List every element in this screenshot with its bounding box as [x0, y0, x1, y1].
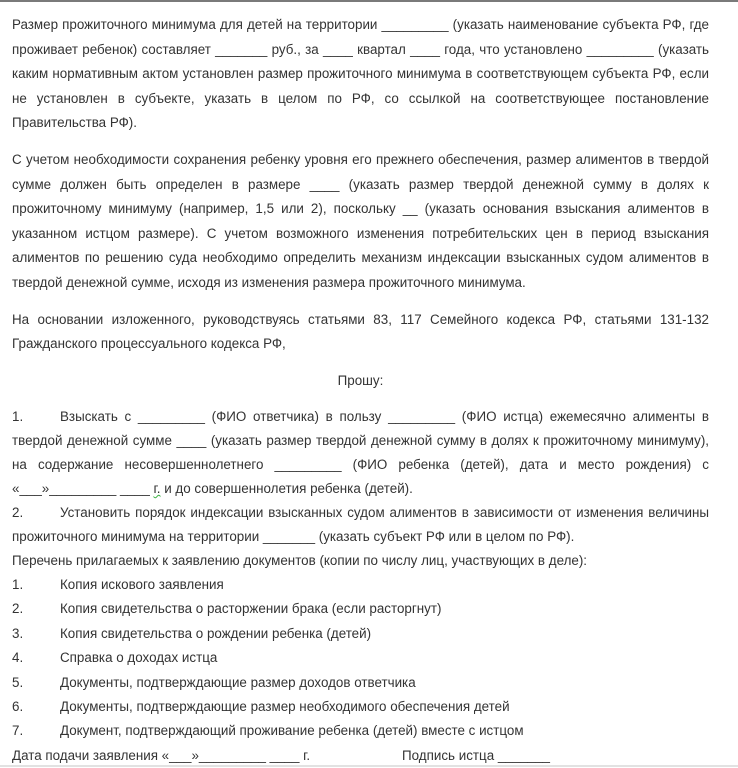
request-heading: Прошу:: [12, 369, 709, 393]
attachment-text: Копия искового заявления: [60, 573, 224, 597]
attachment-item: 3.Копия свидетельства о рождении ребенка…: [12, 622, 709, 646]
attachment-number: 3.: [12, 622, 60, 646]
request-text: Установить порядок индексации взысканных…: [12, 505, 709, 544]
attachment-item: 4.Справка о доходах истца: [12, 646, 709, 670]
attachments-list: 1.Копия искового заявления2.Копия свидет…: [12, 573, 709, 744]
attachment-text: Документы, подтверждающие размер необход…: [60, 695, 510, 719]
paragraph-legal-basis: На основании изложенного, руководствуясь…: [12, 308, 709, 357]
attachment-item: 7.Документ, подтверждающий проживание ре…: [12, 719, 709, 743]
request-number: 1.: [12, 405, 60, 429]
request-text-end: и до совершеннолетия ребенка (детей).: [160, 481, 412, 496]
bottom-border: [0, 765, 738, 767]
top-border: [0, 0, 738, 2]
attachment-number: 2.: [12, 597, 60, 621]
attachment-text: Копия свидетельства о расторжении брака …: [60, 597, 441, 621]
document-body: Размер прожиточного минимума для детей н…: [12, 13, 709, 768]
request-number: 2.: [12, 501, 60, 525]
attachment-number: 5.: [12, 671, 60, 695]
attachment-item: 2.Копия свидетельства о расторжении брак…: [12, 597, 709, 621]
request-item-1: 1.Взыскать с _________ (ФИО ответчика) в…: [12, 405, 709, 501]
request-item-2: 2.Установить порядок индексации взысканн…: [12, 501, 709, 549]
attachment-text: Копия свидетельства о рождении ребенка (…: [60, 622, 371, 646]
attachment-text: Документы, подтверждающие размер доходов…: [60, 671, 416, 695]
attachment-number: 1.: [12, 573, 60, 597]
attachments-heading: Перечень прилагаемых к заявлению докумен…: [12, 549, 709, 573]
paragraph-subsistence-minimum: Размер прожиточного минимума для детей н…: [12, 13, 709, 136]
attachment-item: 6.Документы, подтверждающие размер необх…: [12, 695, 709, 719]
attachment-item: 1.Копия искового заявления: [12, 573, 709, 597]
attachment-number: 6.: [12, 695, 60, 719]
attachment-item: 5.Документы, подтверждающие размер доход…: [12, 671, 709, 695]
attachment-text: Документ, подтверждающий проживание ребе…: [60, 719, 524, 743]
paragraph-fixed-sum: С учетом необходимости сохранения ребенк…: [12, 148, 709, 296]
attachment-number: 7.: [12, 719, 60, 743]
attachment-number: 4.: [12, 646, 60, 670]
attachment-text: Справка о доходах истца: [60, 646, 217, 670]
